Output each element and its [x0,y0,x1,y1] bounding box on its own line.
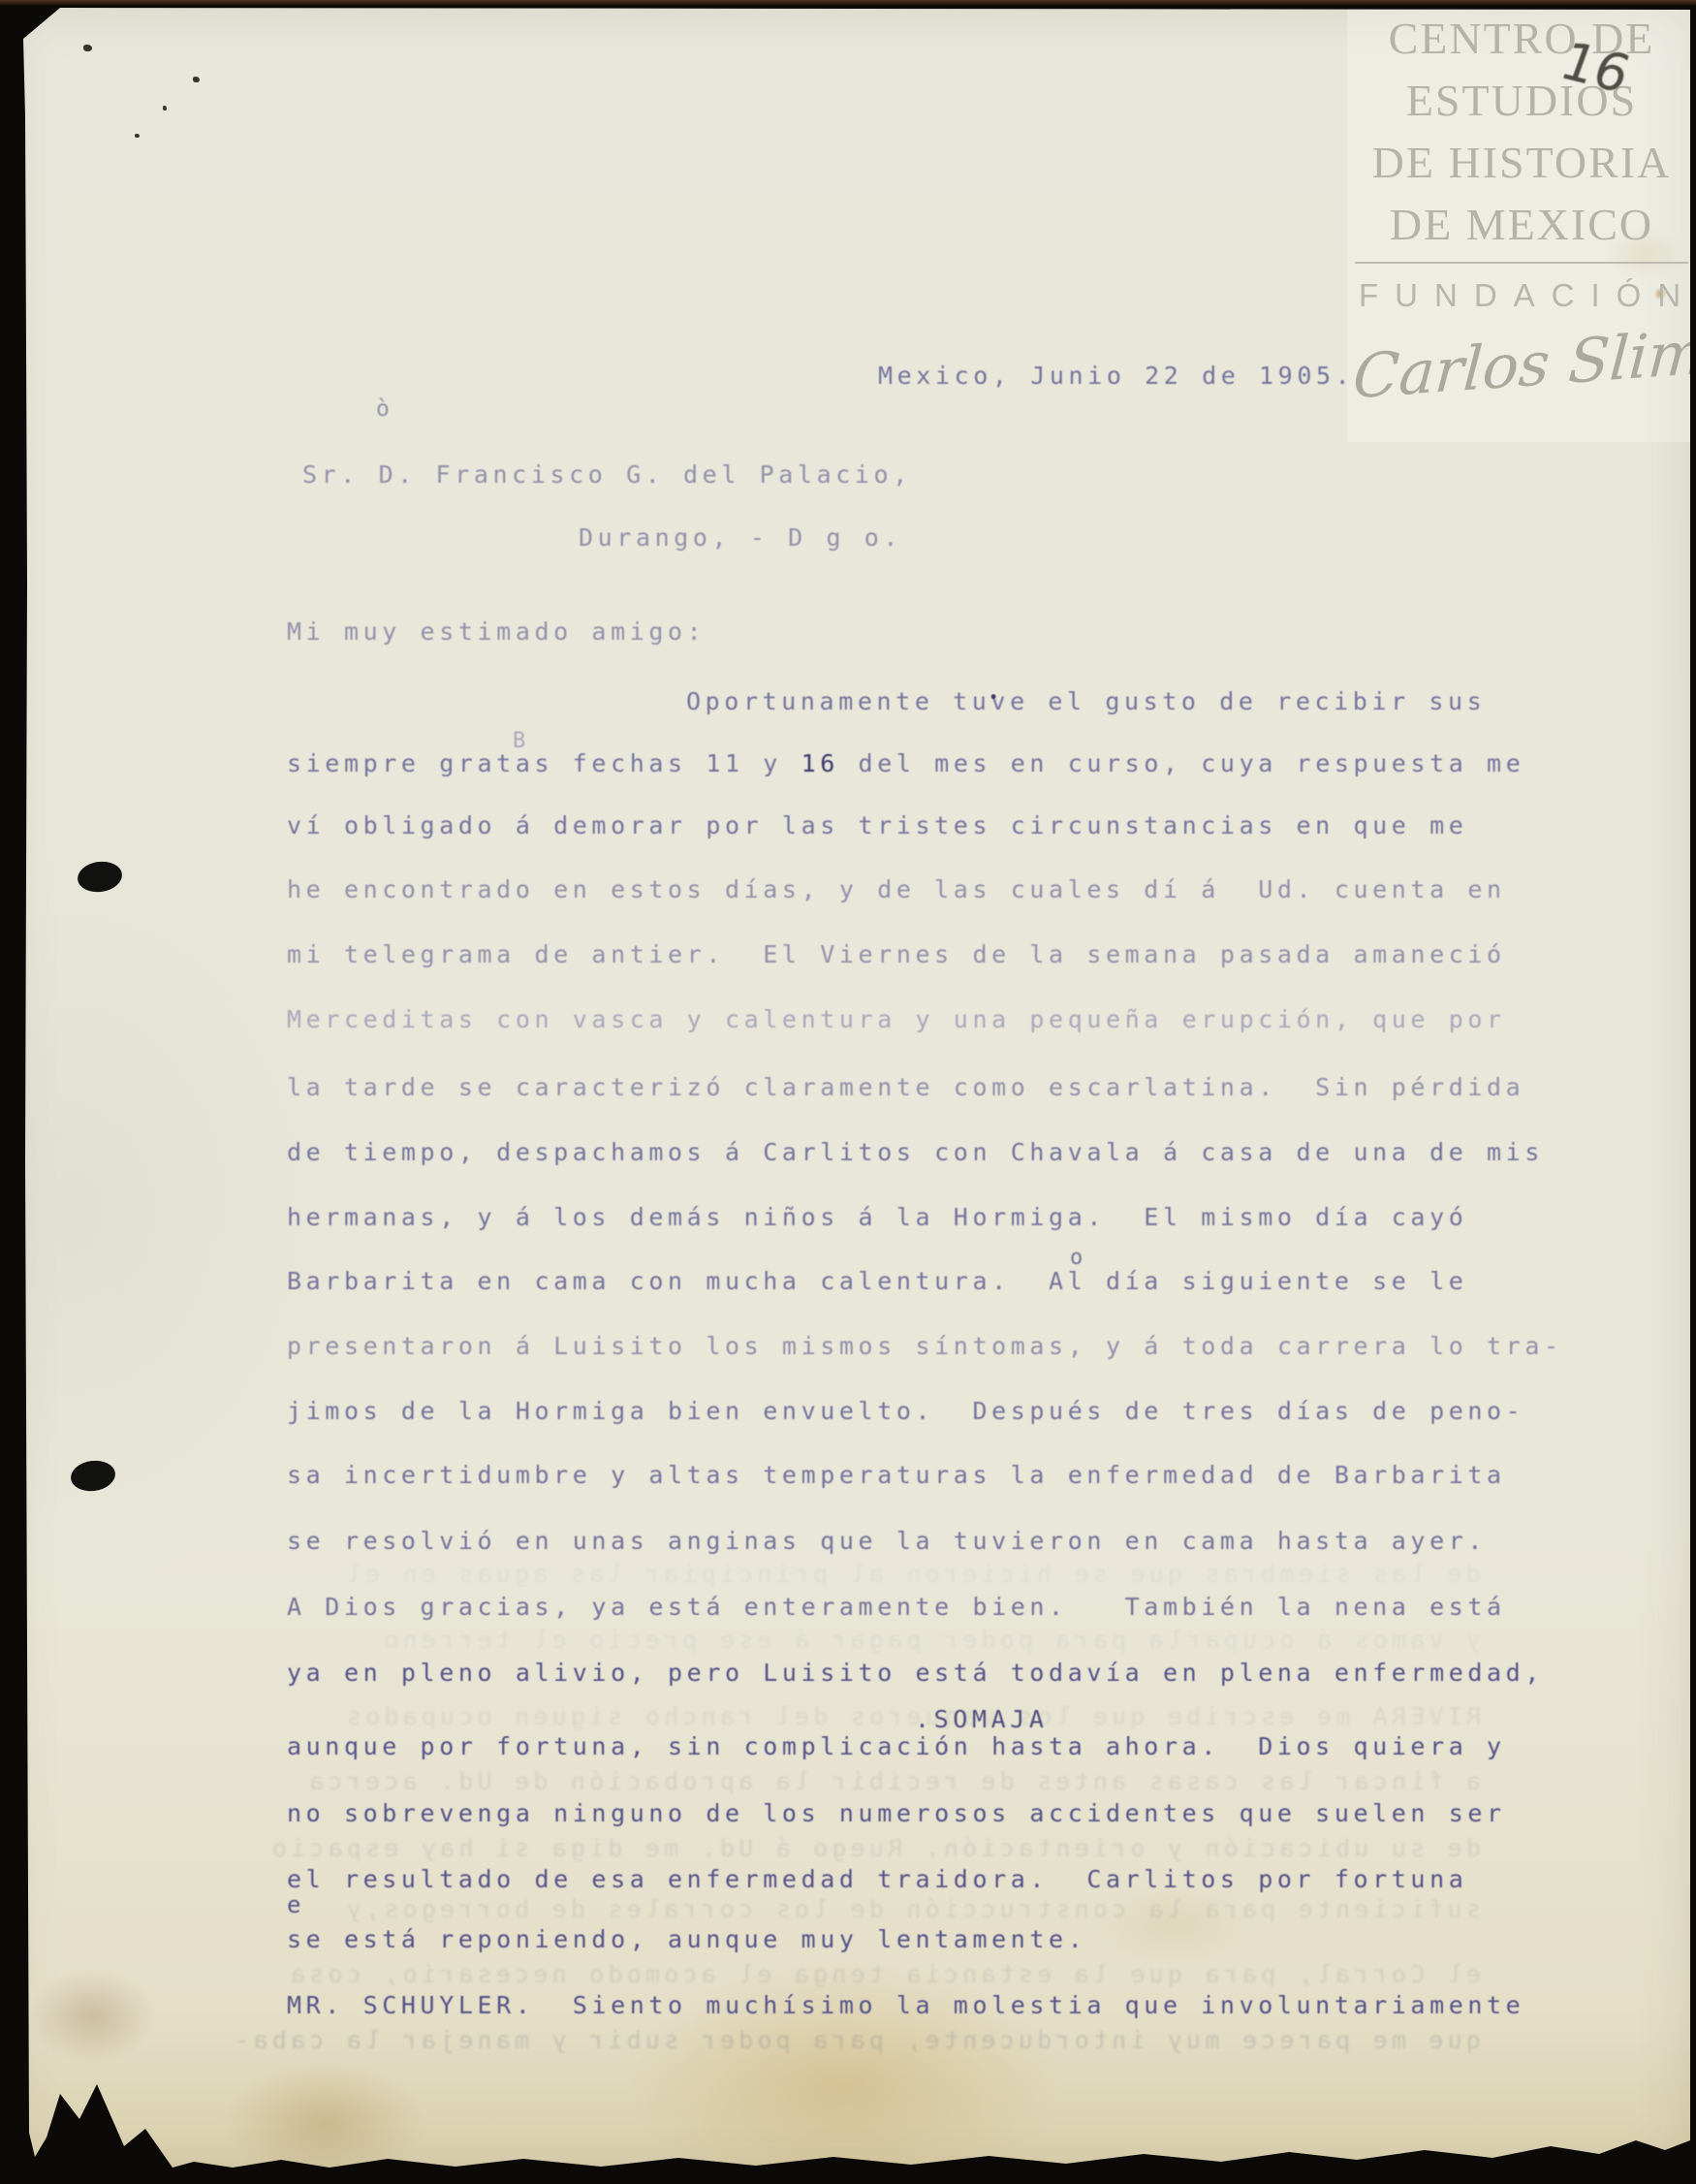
watermark-line: DE MEXICO [1353,194,1690,256]
bleedthrough-line: suficiente para la construcción de los c… [124,1893,1481,1926]
typed-line: jimos de la Hormiga bien envuelto. Despu… [287,1395,1524,1428]
bleedthrough-line: de su ubicación y orientación. Ruego á U… [124,1832,1481,1865]
letter-paper: CENTRO DE ESTUDIOS DE HISTORIA DE MEXICO… [0,0,1696,2184]
typed-line: de tiempo, despachamos á Carlitos con Ch… [287,1136,1544,1169]
recipient-city: Durango, - D g o. [579,522,902,554]
dust-speck [163,106,167,111]
typed-line: siempre gratas fechas 11 y 16 del mes en… [287,747,1524,780]
bleedthrough-line: el Corral, para que la estancia tenga el… [124,1958,1481,1991]
archive-watermark: CENTRO DE ESTUDIOS DE HISTORIA DE MEXICO… [1353,8,1690,400]
typed-line: se resolvió en unas anginas que la tuvie… [287,1525,1487,1558]
typed-line: se está reponiendo, aunque muy lentament… [287,1923,1086,1956]
typed-line: hermanas, y á los demás niños á la Hormi… [287,1201,1467,1234]
typed-segment: del mes en curso, cuya respuesta me [839,749,1524,777]
typed-line: A Dios gracias, ya está enteramente bien… [287,1591,1506,1624]
bleedthrough-line: RIVERA me escribe que los vaqueros del r… [124,1700,1481,1733]
punch-hole-bottom [69,1458,117,1494]
typed-line: ya en pleno alivio, pero Luisito está to… [287,1657,1544,1690]
typed-line: la tarde se caracterizó claramente como … [287,1071,1524,1104]
punch-hole-top [76,859,124,895]
typed-line: MR. SCHUYLER. Siento muchísimo la molest… [287,1989,1524,2022]
recipient-name: Sr. D. Francisco G. del Palacio, [302,459,912,491]
typed-segment: 16 [801,749,839,777]
typed-line: Merceditas con vasca y calentura y una p… [287,1003,1506,1036]
overprint-text: .SOMAJA [915,1703,1049,1736]
typed-segment: siempre gratas fechas 11 y [287,749,801,777]
stray-typed-mark: o [1070,1242,1087,1275]
typed-line: he encontrado en estos días, y de las cu… [287,873,1506,906]
bleedthrough-line: y vamos á ocuparla para poder pagar á es… [124,1624,1481,1657]
carlos-slim-signature: Carlos Slim [1351,318,1692,413]
watermark-line: DE HISTORIA [1353,132,1690,194]
typed-line: el resultado de esa enfermedad traidora.… [287,1863,1467,1896]
typed-line: no sobrevenga ninguno de los numerosos a… [287,1797,1506,1830]
salutation: Mi muy estimado amigo: [287,616,706,649]
typed-line: Oportunamente tuve el gusto de recibir s… [686,685,1486,718]
typed-line: presentaron á Luisito los mismos síntoma… [287,1330,1563,1363]
stray-typed-mark: e [287,1888,305,1921]
watermark-divider [1355,262,1688,264]
stray-typed-mark: • [989,681,1003,714]
watermark-foundation-label: FUNDACIÓN [1353,277,1690,314]
stray-typed-mark: B [513,725,530,758]
stray-typed-mark: ò [376,393,393,426]
watermark-line: CENTRO DE [1353,8,1690,70]
bleedthrough-line: que me parece muy intorducente, para pod… [124,2024,1481,2057]
dateline: Mexico, Junio 22 de 1905. [878,360,1354,393]
bleedthrough-line: de las siembras que se hicieron al princ… [124,1558,1481,1591]
dust-speck [193,77,200,82]
bleedthrough-line: a fincar las casas antes de recibir la a… [124,1765,1481,1798]
typed-line: aunque por fortuna, sin complicación has… [287,1730,1506,1763]
typed-line: mi telegrama de antier. El Viernes de la… [287,938,1506,971]
dust-speck [135,134,140,138]
typed-line: sa incertidumbre y altas temperaturas la… [287,1459,1506,1492]
dust-speck [83,45,92,51]
typed-line: Barbarita en cama con mucha calentura. A… [287,1265,1467,1298]
photo-frame: CENTRO DE ESTUDIOS DE HISTORIA DE MEXICO… [0,0,1696,2184]
typed-line: ví obligado á demorar por las tristes ci… [287,809,1467,842]
watermark-line: ESTUDIOS [1353,70,1690,132]
